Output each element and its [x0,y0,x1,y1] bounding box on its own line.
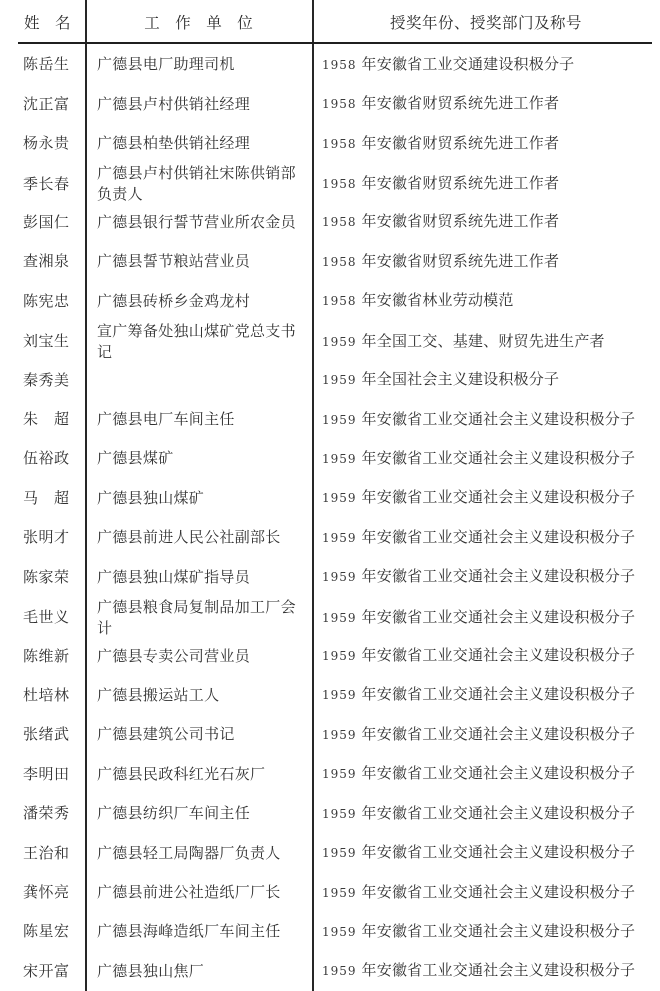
name-cell: 龚怀亮 [0,882,85,903]
table-row: 王治和 广德县轻工局陶器厂负责人 1959年安徽省工业交通社会主义建设积极分子 [0,833,660,872]
unit-cell: 广德县卢村供销社经理 [85,94,312,115]
award-title: 年安徽省工业交通社会主义建设积极分子 [362,764,636,782]
name-cell: 陈宪忠 [0,291,85,312]
unit-cell: 广德县独山煤矿指导员 [85,567,312,588]
table-row: 沈正富 广德县卢村供销社经理 1958年安徽省财贸系统先进工作者 [0,84,660,123]
award-year: 1959 [322,373,357,387]
award-cell: 1959年安徽省工业交通社会主义建设积极分子 [312,921,660,943]
award-year: 1959 [322,886,357,900]
award-cell: 1958年安徽省财贸系统先进工作者 [312,251,660,273]
award-year: 1959 [322,335,357,349]
award-cell: 1959年安徽省工业交通社会主义建设积极分子 [312,448,660,470]
table-row: 宋开富 广德县独山焦厂 1959年安徽省工业交通社会主义建设积极分子 [0,952,660,991]
unit-cell: 广德县银行誓节营业所农金员 [85,212,312,233]
name-cell: 毛世义 [0,607,85,628]
name-cell: 朱 超 [0,409,85,430]
table-row: 彭国仁 广德县银行誓节营业所农金员 1958年安徽省财贸系统先进工作者 [0,203,660,242]
unit-cell: 广德县轻工局陶器厂负责人 [85,843,312,864]
name-cell: 陈星宏 [0,921,85,942]
award-title: 年安徽省工业交通社会主义建设积极分子 [362,685,636,703]
award-year: 1959 [322,531,357,545]
award-title: 年安徽省林业劳动模范 [362,291,514,309]
award-title: 年安徽省工业交通社会主义建设积极分子 [362,410,636,428]
award-year: 1959 [322,611,357,625]
table-row: 杨永贵 广德县柏垫供销社经理 1958年安徽省财贸系统先进工作者 [0,124,660,163]
table-row: 龚怀亮 广德县前进公社造纸厂厂长 1959年安徽省工业交通社会主义建设积极分子 [0,873,660,912]
award-title: 年全国工交、基建、财贸先进生产者 [362,332,605,350]
unit-cell: 广德县电厂车间主任 [85,409,312,430]
award-year: 1959 [322,649,357,663]
award-year: 1958 [322,215,357,229]
name-cell: 宋开富 [0,961,85,982]
award-year: 1958 [322,58,357,72]
award-title: 年安徽省财贸系统先进工作者 [362,134,560,152]
award-cell: 1959年安徽省工业交通社会主义建设积极分子 [312,684,660,706]
table-row: 毛世义 广德县粮食局复制品加工厂会计 1959年安徽省工业交通社会主义建设积极分… [0,597,660,636]
award-year: 1959 [322,767,357,781]
name-cell: 陈岳生 [0,54,85,75]
award-year: 1959 [322,964,357,978]
award-cell: 1959年全国社会主义建设积极分子 [312,369,660,391]
header-award-info: 授奖年份、授奖部门及称号 [312,11,660,33]
award-title: 年安徽省工业交通社会主义建设积极分子 [362,883,636,901]
unit-cell: 广德县独山煤矿 [85,488,312,509]
table-row: 朱 超 广德县电厂车间主任 1959年安徽省工业交通社会主义建设积极分子 [0,400,660,439]
award-year: 1959 [322,688,357,702]
table-row: 张绪武 广德县建筑公司书记 1959年安徽省工业交通社会主义建设积极分子 [0,715,660,754]
name-cell: 陈家荣 [0,567,85,588]
award-year: 1958 [322,294,357,308]
award-title: 年安徽省工业交通社会主义建设积极分子 [362,804,636,822]
award-cell: 1959年安徽省工业交通社会主义建设积极分子 [312,566,660,588]
scanned-document-page: 姓 名 工 作 单 位 授奖年份、授奖部门及称号 陈岳生 广德县电厂助理司机 1… [0,0,660,991]
award-title: 年安徽省工业交通建设积极分子 [362,55,575,73]
award-cell: 1959年安徽省工业交通社会主义建设积极分子 [312,487,660,509]
table-row: 陈宪忠 广德县砖桥乡金鸡龙村 1958年安徽省林业劳动模范 [0,282,660,321]
table-row: 陈岳生 广德县电厂助理司机 1958年安徽省工业交通建设积极分子 [0,45,660,84]
table-body: 陈岳生 广德县电厂助理司机 1958年安徽省工业交通建设积极分子 沈正富 广德县… [0,44,660,991]
award-cell: 1958年安徽省财贸系统先进工作者 [312,93,660,115]
table-row: 李明田 广德县民政科红光石灰厂 1959年安徽省工业交通社会主义建设积极分子 [0,755,660,794]
award-title: 年安徽省工业交通社会主义建设积极分子 [362,646,636,664]
award-year: 1958 [322,177,357,191]
unit-cell: 广德县纺织厂车间主任 [85,803,312,824]
award-title: 年安徽省工业交通社会主义建设积极分子 [362,528,636,546]
unit-cell: 广德县建筑公司书记 [85,724,312,745]
award-cell: 1959年安徽省工业交通社会主义建设积极分子 [312,527,660,549]
award-year: 1959 [322,846,357,860]
award-year: 1959 [322,452,357,466]
name-cell: 杜培林 [0,685,85,706]
name-cell: 伍裕政 [0,448,85,469]
name-cell: 李明田 [0,764,85,785]
table-row: 查湘泉 广德县誓节粮站营业员 1958年安徽省财贸系统先进工作者 [0,242,660,281]
award-cell: 1959年安徽省工业交通社会主义建设积极分子 [312,763,660,785]
award-cell: 1959年安徽省工业交通社会主义建设积极分子 [312,803,660,825]
award-title: 年安徽省财贸系统先进工作者 [362,94,560,112]
table-row: 季长春 广德县卢村供销社宋陈供销部负责人 1958年安徽省财贸系统先进工作者 [0,163,660,202]
name-cell: 马 超 [0,488,85,509]
award-title: 年安徽省工业交通社会主义建设积极分子 [362,725,636,743]
awards-table: 姓 名 工 作 单 位 授奖年份、授奖部门及称号 陈岳生 广德县电厂助理司机 1… [0,0,660,991]
award-year: 1959 [322,570,357,584]
award-year: 1959 [322,807,357,821]
award-cell: 1959年安徽省工业交通社会主义建设积极分子 [312,409,660,431]
unit-cell: 广德县卢村供销社宋陈供销部负责人 [85,163,312,205]
name-cell: 季长春 [0,174,85,195]
award-year: 1959 [322,925,357,939]
table-header-row: 姓 名 工 作 单 位 授奖年份、授奖部门及称号 [0,0,660,44]
award-title: 年安徽省工业交通社会主义建设积极分子 [362,922,636,940]
table-row: 陈星宏 广德县海峰造纸厂车间主任 1959年安徽省工业交通社会主义建设积极分子 [0,912,660,951]
award-title: 年安徽省工业交通社会主义建设积极分子 [362,843,636,861]
award-year: 1958 [322,137,357,151]
award-cell: 1959年安徽省工业交通社会主义建设积极分子 [312,645,660,667]
unit-cell: 广德县独山焦厂 [85,961,312,982]
unit-cell: 广德县海峰造纸厂车间主任 [85,921,312,942]
unit-cell: 广德县煤矿 [85,448,312,469]
award-title: 年安徽省财贸系统先进工作者 [362,252,560,270]
unit-cell: 广德县前进人民公社副部长 [85,527,312,548]
table-row: 马 超 广德县独山煤矿 1959年安徽省工业交通社会主义建设积极分子 [0,479,660,518]
unit-cell: 广德县前进公社造纸厂厂长 [85,882,312,903]
name-cell: 潘荣秀 [0,803,85,824]
name-cell: 彭国仁 [0,212,85,233]
award-year: 1959 [322,491,357,505]
award-year: 1958 [322,97,357,111]
unit-cell: 广德县誓节粮站营业员 [85,251,312,272]
header-name: 姓 名 [0,11,85,33]
unit-cell: 宣广筹备处独山煤矿党总支书记 [85,321,312,363]
award-cell: 1958年安徽省林业劳动模范 [312,290,660,312]
award-title: 年安徽省工业交通社会主义建设积极分子 [362,488,636,506]
name-cell: 王治和 [0,843,85,864]
award-cell: 1958年安徽省财贸系统先进工作者 [312,133,660,155]
award-title: 年安徽省财贸系统先进工作者 [362,212,560,230]
award-cell: 1959年安徽省工业交通社会主义建设积极分子 [312,724,660,746]
award-cell: 1959年安徽省工业交通社会主义建设积极分子 [312,882,660,904]
table-row: 刘宝生 宣广筹备处独山煤矿党总支书记 1959年全国工交、基建、财贸先进生产者 [0,321,660,360]
award-cell: 1958年安徽省财贸系统先进工作者 [312,173,660,195]
table-row: 伍裕政 广德县煤矿 1959年安徽省工业交通社会主义建设积极分子 [0,439,660,478]
name-cell: 陈维新 [0,646,85,667]
name-cell: 张绪武 [0,724,85,745]
unit-cell: 广德县砖桥乡金鸡龙村 [85,291,312,312]
table-row: 杜培林 广德县搬运站工人 1959年安徽省工业交通社会主义建设积极分子 [0,676,660,715]
unit-cell: 广德县电厂助理司机 [85,54,312,75]
header-work-unit: 工 作 单 位 [85,11,312,33]
unit-cell: 广德县专卖公司营业员 [85,646,312,667]
name-cell: 张明才 [0,527,85,548]
award-title: 年安徽省工业交通社会主义建设积极分子 [362,567,636,585]
award-title: 年安徽省工业交通社会主义建设积极分子 [362,608,636,626]
award-cell: 1958年安徽省财贸系统先进工作者 [312,211,660,233]
table-row: 秦秀美 1959年全国社会主义建设积极分子 [0,360,660,399]
award-cell: 1959年安徽省工业交通社会主义建设积极分子 [312,960,660,982]
table-row: 陈维新 广德县专卖公司营业员 1959年安徽省工业交通社会主义建设积极分子 [0,636,660,675]
award-cell: 1959年安徽省工业交通社会主义建设积极分子 [312,607,660,629]
table-row: 张明才 广德县前进人民公社副部长 1959年安徽省工业交通社会主义建设积极分子 [0,518,660,557]
unit-cell: 广德县民政科红光石灰厂 [85,764,312,785]
name-cell: 沈正富 [0,94,85,115]
award-cell: 1959年安徽省工业交通社会主义建设积极分子 [312,842,660,864]
award-year: 1959 [322,728,357,742]
name-cell: 杨永贵 [0,133,85,154]
award-cell: 1958年安徽省工业交通建设积极分子 [312,54,660,76]
table-row: 陈家荣 广德县独山煤矿指导员 1959年安徽省工业交通社会主义建设积极分子 [0,557,660,596]
name-cell: 刘宝生 [0,331,85,352]
award-title: 年全国社会主义建设积极分子 [362,370,560,388]
award-title: 年安徽省财贸系统先进工作者 [362,174,560,192]
name-cell: 查湘泉 [0,251,85,272]
award-title: 年安徽省工业交通社会主义建设积极分子 [362,961,636,979]
award-title: 年安徽省工业交通社会主义建设积极分子 [362,449,636,467]
unit-cell: 广德县粮食局复制品加工厂会计 [85,597,312,639]
name-cell: 秦秀美 [0,370,85,391]
unit-cell: 广德县柏垫供销社经理 [85,133,312,154]
award-year: 1958 [322,255,357,269]
table-row: 潘荣秀 广德县纺织厂车间主任 1959年安徽省工业交通社会主义建设积极分子 [0,794,660,833]
unit-cell: 广德县搬运站工人 [85,685,312,706]
award-cell: 1959年全国工交、基建、财贸先进生产者 [312,331,660,353]
award-year: 1959 [322,413,357,427]
